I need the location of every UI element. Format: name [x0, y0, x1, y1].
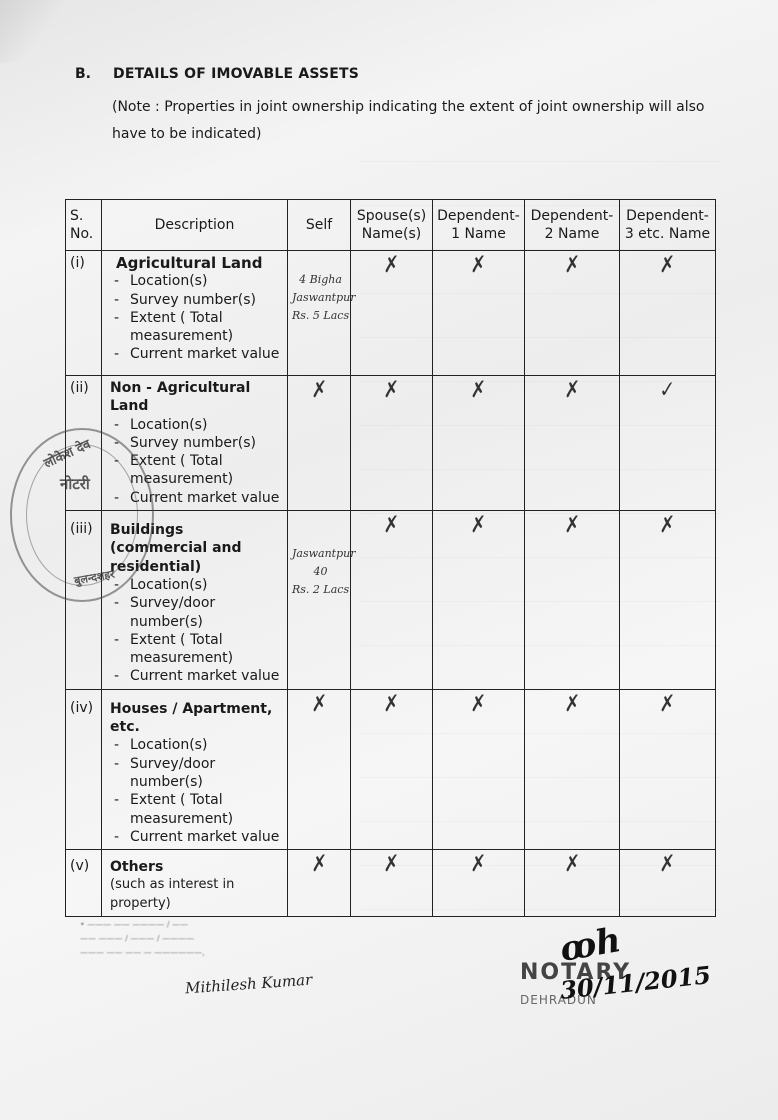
cross-mark-icon: ✗ — [470, 250, 487, 278]
immovable-assets-table: S. No. Description Self Spouse(s) Name(s… — [65, 199, 716, 917]
cross-mark-icon: ✗ — [563, 250, 580, 278]
section-title: DETAILS OF IMOVABLE ASSETS — [113, 66, 359, 82]
sub-item: Extent ( Total measurement) — [112, 452, 281, 489]
cross-mark-icon: ✗ — [470, 510, 487, 538]
deponent-signature: Mithilesh Kumar — [185, 971, 313, 998]
sub-item-list: Location(s) Survey/door number(s) Extent… — [110, 736, 281, 846]
row-sno: (iv) — [66, 689, 102, 849]
sub-item: Location(s) — [112, 736, 281, 754]
sub-item: Current market value — [112, 828, 281, 846]
handwritten-line: Jaswantpur — [292, 289, 349, 307]
dependent-1-mark: ✗ — [433, 689, 525, 849]
cross-mark-icon: ✗ — [383, 250, 400, 278]
row-sno: (ii) — [66, 376, 102, 511]
paper-fold-shadow — [0, 0, 86, 68]
dependent-3-mark: ✗ — [620, 689, 716, 849]
table-row: (iv) Houses / Apartment, etc. Location(s… — [66, 689, 716, 849]
cross-mark-icon: ✗ — [659, 689, 676, 717]
sub-item: Location(s) — [112, 272, 281, 290]
dependent-2-mark: ✗ — [525, 689, 620, 849]
cross-mark-icon: ✗ — [383, 689, 400, 717]
category-title: Agricultural Land — [110, 254, 281, 272]
spouse-mark: ✗ — [351, 850, 433, 917]
cross-mark-icon: ✗ — [383, 375, 400, 403]
sub-item: Current market value — [112, 489, 281, 507]
section-letter: B. — [75, 66, 91, 82]
cross-mark-icon: ✗ — [383, 849, 400, 877]
sub-item: Survey number(s) — [112, 434, 281, 452]
sub-item: Survey/door number(s) — [112, 594, 281, 631]
header-spouse: Spouse(s) Name(s) — [351, 200, 433, 251]
dependent-3-mark: ✗ — [620, 251, 716, 376]
dependent-1-mark: ✗ — [433, 376, 525, 511]
header-dependent-3: Dependent-3 etc. Name — [620, 200, 716, 251]
dependent-1-mark: ✗ — [433, 251, 525, 376]
sub-item: Extent ( Total measurement) — [112, 791, 281, 828]
dependent-1-mark: ✗ — [433, 850, 525, 917]
sub-item: Survey/door number(s) — [112, 755, 281, 792]
row-description: Non - Agricultural Land Location(s) Surv… — [102, 376, 288, 511]
section-note: (Note : Properties in joint ownership in… — [112, 94, 732, 148]
self-mark: ✗ — [288, 850, 351, 917]
self-entry-handwritten: 4 Bigha Jaswantpur Rs. 5 Lacs — [288, 251, 351, 376]
dependent-2-mark: ✗ — [525, 511, 620, 690]
table-row: (iii) Buildings (commercial and resident… — [66, 511, 716, 690]
handwritten-line: 4 Bigha — [292, 271, 349, 289]
cross-mark-icon: ✗ — [470, 689, 487, 717]
category-title: Others — [110, 858, 281, 876]
header-self: Self — [288, 200, 351, 251]
sub-item: Survey number(s) — [112, 291, 281, 309]
cross-mark-icon: ✗ — [659, 849, 676, 877]
spouse-mark: ✗ — [351, 511, 433, 690]
dependent-2-mark: ✗ — [525, 251, 620, 376]
handwritten-line: 40 — [292, 563, 349, 581]
handwritten-line: Rs. 2 Lacs — [292, 581, 349, 599]
cross-mark-icon: ✗ — [563, 375, 580, 403]
row-sno: (iii) — [66, 511, 102, 690]
spouse-mark: ✗ — [351, 251, 433, 376]
self-entry-handwritten: Jaswantpur 40 Rs. 2 Lacs — [288, 511, 351, 690]
cross-mark-icon: ✗ — [659, 510, 676, 538]
cross-mark-icon: ✗ — [563, 849, 580, 877]
handwritten-line: Jaswantpur — [292, 545, 349, 563]
row-description: Houses / Apartment, etc. Location(s) Sur… — [102, 689, 288, 849]
cross-mark-icon: ✗ — [563, 510, 580, 538]
row-description: Buildings (commercial and residential) L… — [102, 511, 288, 690]
cross-mark-icon: ✗ — [383, 510, 400, 538]
sub-item: Current market value — [112, 667, 281, 685]
header-sno: S. No. — [66, 200, 102, 251]
header-description: Description — [102, 200, 288, 251]
dependent-2-mark: ✗ — [525, 850, 620, 917]
category-title: Non - Agricultural Land — [110, 379, 281, 416]
category-subtitle: (such as interest in property) — [110, 876, 281, 913]
cross-mark-icon: ✗ — [310, 689, 327, 717]
self-mark: ✗ — [288, 376, 351, 511]
header-dependent-1: Dependent-1 Name — [433, 200, 525, 251]
table-row: (i) Agricultural Land Location(s) Survey… — [66, 251, 716, 376]
category-title: Houses / Apartment, etc. — [110, 700, 281, 737]
spouse-mark: ✗ — [351, 689, 433, 849]
cross-mark-icon: ✗ — [563, 689, 580, 717]
dependent-3-mark: ✗ — [620, 511, 716, 690]
dependent-1-mark: ✗ — [433, 511, 525, 690]
cross-mark-icon: ✗ — [310, 849, 327, 877]
check-mark-icon: ✓ — [659, 375, 676, 403]
table-row: (v) Others (such as interest in property… — [66, 850, 716, 917]
sub-item-list: Location(s) Survey number(s) Extent ( To… — [110, 272, 281, 363]
sub-item: Extent ( Total measurement) — [112, 631, 281, 668]
sub-item: Location(s) — [112, 416, 281, 434]
table-header-row: S. No. Description Self Spouse(s) Name(s… — [66, 200, 716, 251]
sub-item: Current market value — [112, 345, 281, 363]
faded-bleed-text: • ——— —— ———— / —— —— ——— / ——— / ———— —… — [80, 918, 300, 960]
cross-mark-icon: ✗ — [310, 375, 327, 403]
row-sno: (i) — [66, 251, 102, 376]
row-sno: (v) — [66, 850, 102, 917]
handwritten-line: Rs. 5 Lacs — [292, 307, 349, 325]
row-description: Agricultural Land Location(s) Survey num… — [102, 251, 288, 376]
dependent-2-mark: ✗ — [525, 376, 620, 511]
table-row: (ii) Non - Agricultural Land Location(s)… — [66, 376, 716, 511]
cross-mark-icon: ✗ — [470, 849, 487, 877]
header-dependent-2: Dependent-2 Name — [525, 200, 620, 251]
cross-mark-icon: ✗ — [659, 250, 676, 278]
dependent-3-mark: ✓ — [620, 376, 716, 511]
category-title: Buildings (commercial and residential) — [110, 521, 281, 576]
sub-item: Location(s) — [112, 576, 281, 594]
dependent-3-mark: ✗ — [620, 850, 716, 917]
row-description: Others (such as interest in property) — [102, 850, 288, 917]
sub-item: Extent ( Total measurement) — [112, 309, 281, 346]
self-mark: ✗ — [288, 689, 351, 849]
sub-item-list: Location(s) Survey/door number(s) Extent… — [110, 576, 281, 686]
cross-mark-icon: ✗ — [470, 375, 487, 403]
sub-item-list: Location(s) Survey number(s) Extent ( To… — [110, 416, 281, 507]
spouse-mark: ✗ — [351, 376, 433, 511]
